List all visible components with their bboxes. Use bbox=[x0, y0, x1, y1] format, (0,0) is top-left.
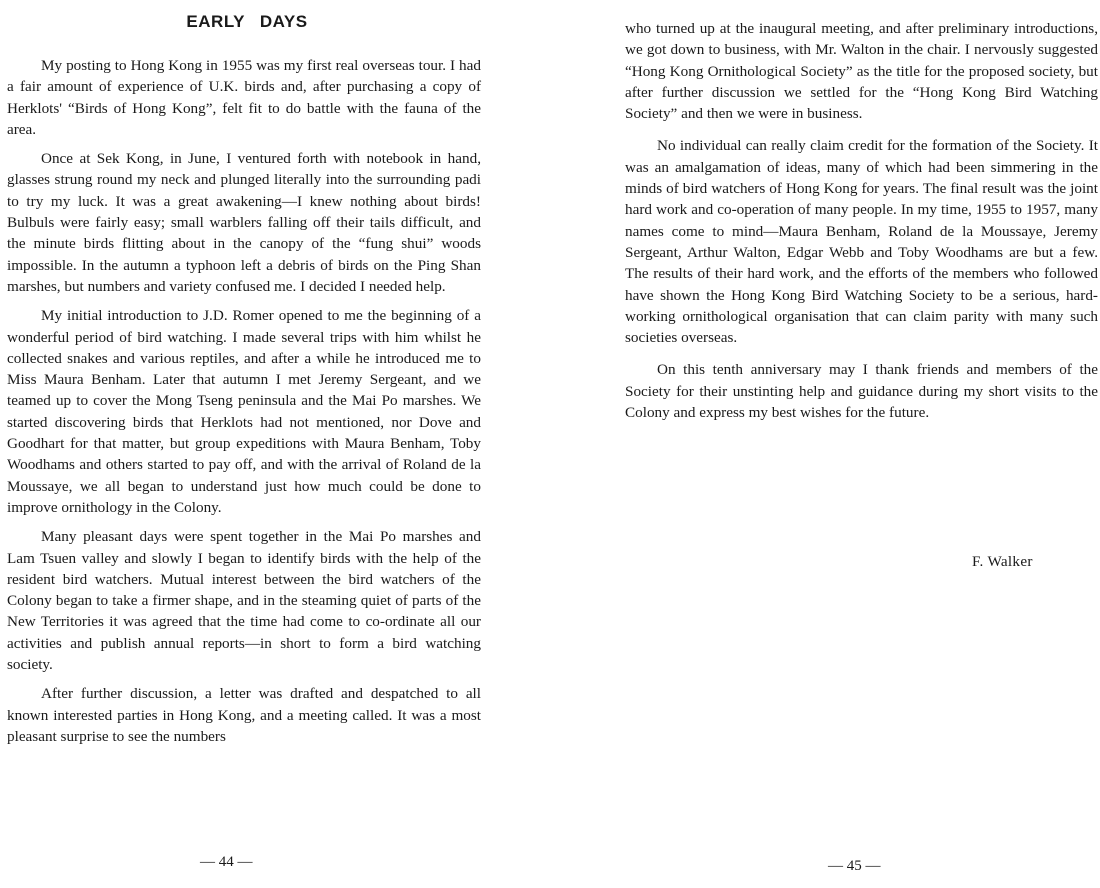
paragraph-sek-kong: Once at Sek Kong, in June, I ventured fo… bbox=[7, 148, 481, 297]
page-number-45: — 45 — bbox=[828, 858, 881, 875]
paragraph-posting: My posting to Hong Kong in 1955 was my f… bbox=[7, 55, 481, 140]
left-page: EARLY DAYS My posting to Hong Kong in 19… bbox=[0, 0, 500, 888]
left-page-body: My posting to Hong Kong in 1955 was my f… bbox=[7, 55, 481, 755]
right-page-body: who turned up at the inaugural meeting, … bbox=[625, 18, 1098, 434]
paragraph-tenth-anniversary: On this tenth anniversary may I thank fr… bbox=[625, 359, 1098, 423]
right-page: who turned up at the inaugural meeting, … bbox=[600, 0, 1100, 888]
paragraph-romer-introduction: My initial introduction to J.D. Romer op… bbox=[7, 305, 481, 518]
author-signature: F. Walker bbox=[972, 553, 1033, 571]
paragraph-inaugural-meeting: who turned up at the inaugural meeting, … bbox=[625, 18, 1098, 124]
paragraph-pleasant-days: Many pleasant days were spent together i… bbox=[7, 526, 481, 675]
paragraph-no-individual: No individual can really claim credit fo… bbox=[625, 135, 1098, 348]
paragraph-further-discussion: After further discussion, a letter was d… bbox=[7, 683, 481, 747]
page-number-44: — 44 — bbox=[200, 854, 253, 871]
article-title: EARLY DAYS bbox=[0, 12, 494, 32]
